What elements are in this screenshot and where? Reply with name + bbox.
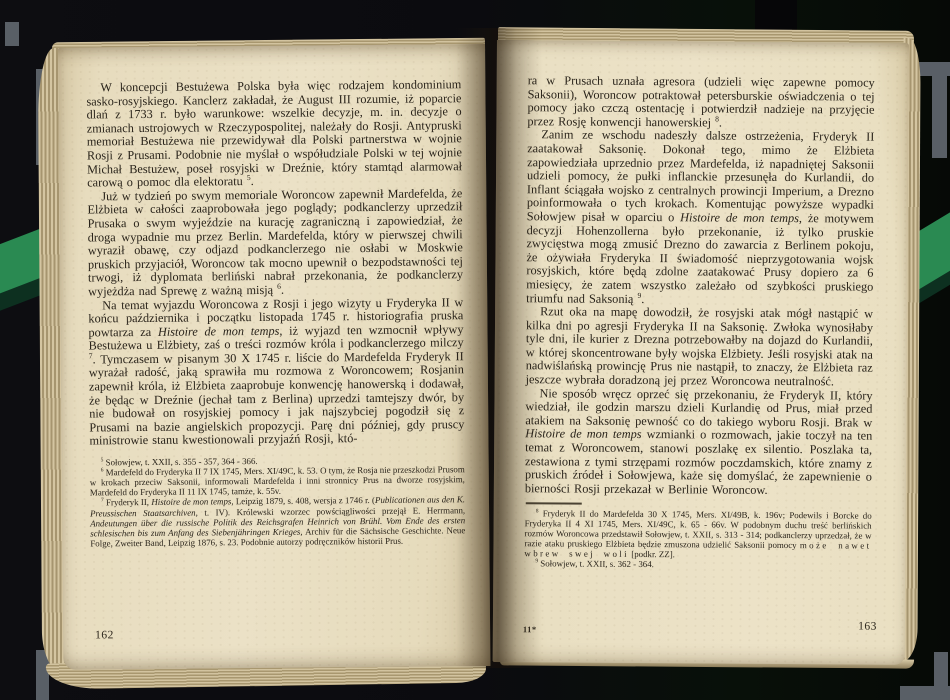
text-run: Nie sposób wręcz oprzeć się przekonaniu,…: [525, 386, 872, 430]
text-run: .: [251, 174, 254, 188]
text-run: , że motywem decyzji Hohenzollerna było …: [526, 211, 874, 305]
text-run: Mardefeld do Fryderyka II 7 IX 1745, Mer…: [90, 464, 465, 497]
paragraph: Nie sposób wręcz oprzeć się przekonaniu,…: [525, 387, 873, 498]
decor-notch-top-left: [5, 22, 19, 46]
footnote-separator-rule: [526, 503, 582, 505]
text-run: . Tymczasem w pisanym 30 X 1745 r. liści…: [89, 349, 465, 448]
footnote: 9 Sołowjew, t. XXII, s. 362 - 364.: [524, 559, 871, 572]
right-page-body-text: ra w Prusach uznała agresora (udzieli wi…: [525, 74, 875, 498]
text-run: Już w tydzień po swym memoriale Woroncow…: [87, 186, 463, 298]
open-book-photo: W koncepcji Bestużewa Polska była więc r…: [0, 0, 950, 700]
text-run: Rzut oka na mapę dowodził, że rosyjski a…: [526, 304, 874, 388]
paragraph: Już w tydzień po swym memoriale Woroncow…: [87, 187, 463, 299]
footnote: 8 Fryderyk II do Mardefelda 30 X 1745, M…: [524, 508, 871, 561]
text-run: Histoire de mon temps: [680, 210, 799, 225]
text-run: Histoire de mon temps: [525, 427, 641, 442]
decor-bracket-top-right-vertical: [932, 62, 947, 158]
text-run: Histoire de mon temps: [151, 497, 231, 508]
signature-mark: 11*: [523, 624, 537, 634]
left-page-content: W koncepcji Bestużewa Polska była więc r…: [58, 44, 490, 670]
left-page: W koncepcji Bestużewa Polska była więc r…: [58, 44, 490, 670]
text-run: W koncepcji Bestużewa Polska była więc r…: [86, 77, 462, 189]
right-page-content: ra w Prusach uznała agresora (udzieli wi…: [493, 40, 909, 665]
text-run: .: [719, 115, 722, 129]
paragraph: Zanim ze wschodu nadeszły dalsze ostrzeż…: [526, 129, 874, 308]
left-page-body-text: W koncepcji Bestużewa Polska była więc r…: [86, 78, 464, 448]
left-page-footnotes: 5 Sołowjew, t. XXII, s. 355 - 357, 364 -…: [90, 454, 466, 548]
decor-bracket-bottom-right-horizontal: [900, 686, 950, 700]
paragraph: Na temat wyjazdu Woroncowa z Rosji i jeg…: [88, 296, 464, 449]
right-page-footnotes: 8 Fryderyk II do Mardefelda 30 X 1745, M…: [524, 508, 871, 571]
footnote: 7 Fryderyk II, Histoire de mon temps, Le…: [90, 495, 465, 549]
paragraph: W koncepcji Bestużewa Polska była więc r…: [86, 78, 462, 190]
left-page-number: 162: [95, 629, 114, 641]
right-page: ra w Prusach uznała agresora (udzieli wi…: [493, 40, 909, 665]
text-run: Fryderyk II,: [104, 497, 152, 507]
paragraph: ra w Prusach uznała agresora (udzieli wi…: [527, 74, 874, 131]
text-run: ra w Prusach uznała agresora (udzieli wi…: [527, 73, 874, 129]
text-run: [podkr. ZZ].: [629, 549, 675, 559]
text-run: .: [281, 283, 284, 297]
paragraph: Rzut oka na mapę dowodził, że rosyjski a…: [526, 305, 874, 389]
footnote: 6 Mardefeld do Fryderyka II 7 IX 1745, M…: [90, 464, 465, 498]
text-run: .: [641, 292, 644, 306]
right-page-number: 163: [858, 621, 877, 633]
text-run: Sołowjew, t. XXII, s. 362 - 364.: [538, 559, 654, 570]
